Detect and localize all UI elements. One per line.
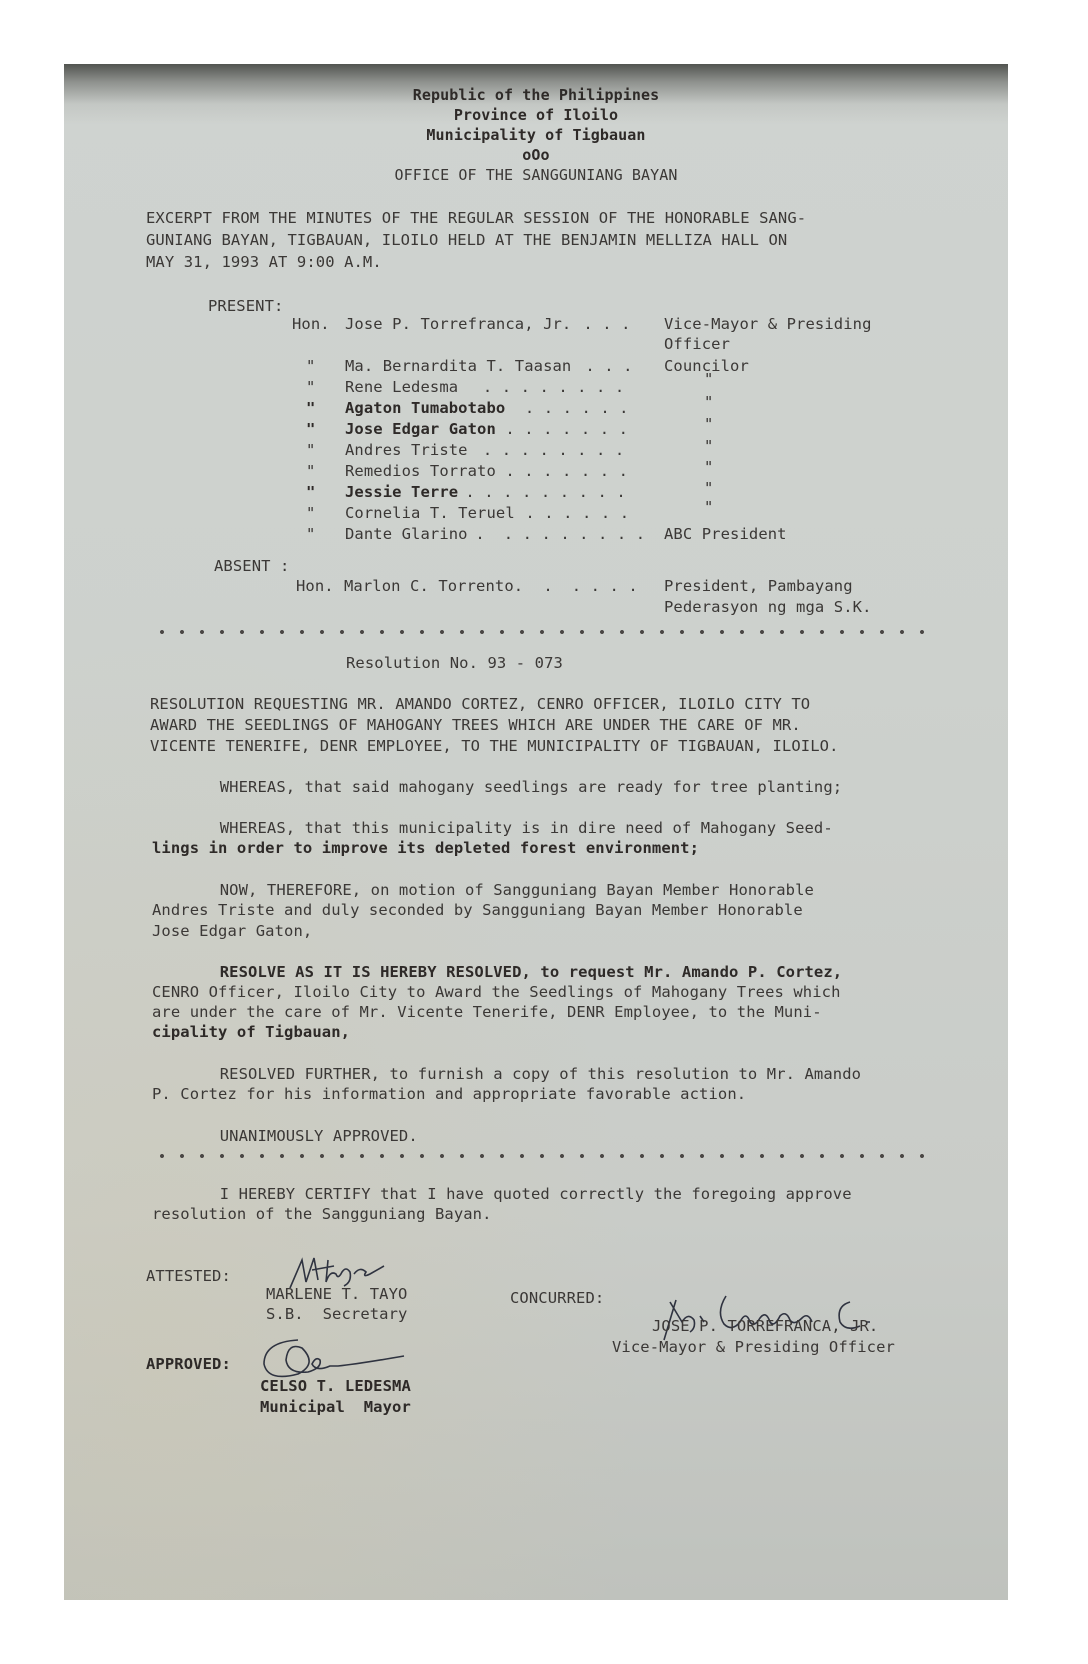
member-prefix: Hon. — [296, 576, 334, 597]
member-leader: . . . . . . . . . — [466, 524, 645, 545]
member-leader: . . . . . . . — [496, 419, 628, 440]
member-leader: . . . — [574, 314, 640, 335]
header-province: Province of Iloilo — [64, 106, 1008, 125]
member-leader: . . . . . . . — [496, 461, 628, 482]
certification-line: resolution of the Sangguniang Bayan. — [152, 1204, 492, 1225]
resolution-title-line: RESOLUTION REQUESTING MR. AMANDO CORTEZ,… — [150, 694, 810, 715]
member-leader: . . . . . — [534, 576, 638, 597]
resolution-number: Resolution No. 93 - 073 — [346, 653, 563, 674]
member-name: Rene Ledesma — [345, 377, 458, 398]
attested-label: ATTESTED: — [146, 1266, 231, 1287]
member-prefix: " — [306, 524, 315, 545]
member-leader: . . . . . . . . . — [456, 482, 626, 503]
concurred-title: Vice-Mayor & Presiding Officer — [612, 1337, 895, 1358]
member-prefix: " — [306, 461, 315, 482]
member-name: Remedios Torrato — [345, 461, 496, 482]
member-position: ABC President — [664, 524, 787, 545]
member-leader: . . . . . . . . — [464, 440, 624, 461]
resolution-title-line: AWARD THE SEEDLINGS OF MAHOGANY TREES WH… — [150, 715, 801, 736]
member-name: Jessie Terre — [345, 482, 458, 503]
member-prefix: " — [306, 482, 315, 503]
member-name: Marlon C. Torrento. — [344, 576, 523, 597]
member-name: Dante Glarino — [345, 524, 468, 545]
header-office: OFFICE OF THE SANGGUNIANG BAYAN — [64, 166, 1008, 185]
clause-line: WHEREAS, that this municipality is in di… — [182, 818, 833, 839]
member-name: Ma. Bernardita T. Taasan — [345, 356, 571, 377]
approved-title: Municipal Mayor — [260, 1397, 411, 1418]
attested-name: MARLENE T. TAYO — [266, 1284, 407, 1305]
intro-line: MAY 31, 1993 AT 9:00 A.M. — [146, 252, 382, 273]
member-position-cont: Officer — [664, 334, 730, 355]
member-position: " — [704, 497, 713, 518]
member-position: " — [704, 436, 713, 457]
clause-line: are under the care of Mr. Vicente Teneri… — [152, 1002, 822, 1023]
member-name: Jose P. Torrefranca, Jr. — [345, 314, 571, 335]
member-position: " — [704, 369, 713, 390]
attested-title: S.B. Secretary — [266, 1304, 407, 1325]
approval-statement: UNANIMOUSLY APPROVED. — [182, 1126, 418, 1147]
member-prefix: " — [306, 440, 315, 461]
present-label: PRESENT: — [208, 296, 283, 317]
clause-line: lings in order to improve its depleted f… — [152, 838, 699, 859]
member-position: Vice-Mayor & Presiding — [664, 314, 872, 335]
member-position: " — [704, 414, 713, 435]
whereas-clause-1: WHEREAS, that said mahogany seedlings ar… — [182, 777, 842, 798]
clause-line: NOW, THEREFORE, on motion of Sangguniang… — [182, 880, 814, 901]
member-prefix: " — [306, 398, 315, 419]
member-prefix: Hon. — [292, 314, 330, 335]
approved-label: APPROVED: — [146, 1354, 231, 1375]
intro-line: EXCERPT FROM THE MINUTES OF THE REGULAR … — [146, 208, 806, 229]
concurred-label: CONCURRED: — [510, 1288, 604, 1309]
member-prefix: " — [306, 356, 315, 377]
clause-line: Andres Triste and duly seconded by Sangg… — [152, 900, 803, 921]
header-municipality: Municipality of Tigbauan — [64, 126, 1008, 145]
member-leader: . . . . . . — [516, 503, 629, 524]
clause-line: P. Cortez for his information and approp… — [152, 1084, 746, 1105]
concurred-name: JOSE P. TORREFRANCA, JR. — [652, 1316, 878, 1337]
member-position: President, Pambayang — [664, 576, 853, 597]
certification-line: I HEREBY CERTIFY that I have quoted corr… — [182, 1184, 852, 1205]
clause-line: RESOLVED FURTHER, to furnish a copy of t… — [182, 1064, 861, 1085]
absent-label: ABSENT : — [214, 556, 289, 577]
member-leader: . . . . . . — [506, 398, 629, 419]
dotted-divider — [152, 1154, 928, 1158]
member-name: Andres Triste — [345, 440, 468, 461]
clause-line: Jose Edgar Gaton, — [152, 921, 312, 942]
dotted-divider — [152, 630, 928, 634]
member-name: Agaton Tumabotabo — [345, 398, 505, 419]
clause-line: CENRO Officer, Iloilo City to Award the … — [152, 982, 841, 1003]
scanned-document-page: Republic of the Philippines Province of … — [64, 64, 1008, 1600]
approved-name: CELSO T. LEDESMA — [260, 1376, 411, 1397]
member-position: " — [704, 457, 713, 478]
member-position-cont: Pederasyon ng mga S.K. — [664, 597, 872, 618]
clause-line: cipality of Tigbauan, — [152, 1022, 350, 1043]
header-republic: Republic of the Philippines — [64, 86, 1008, 105]
header-ornament: oOo — [64, 146, 1008, 165]
member-position: " — [704, 478, 713, 499]
member-position: " — [704, 392, 713, 413]
member-leader: . . . — [576, 356, 642, 377]
resolution-title-line: VICENTE TENERIFE, DENR EMPLOYEE, TO THE … — [150, 736, 839, 757]
intro-line: GUNIANG BAYAN, TIGBAUAN, ILOILO HELD AT … — [146, 230, 787, 251]
member-leader: . . . . . . . . — [464, 377, 624, 398]
member-prefix: " — [306, 503, 315, 524]
member-prefix: " — [306, 419, 315, 440]
member-name: Cornelia T. Teruel — [345, 503, 515, 524]
member-name: Jose Edgar Gaton — [345, 419, 496, 440]
clause-line: RESOLVE AS IT IS HEREBY RESOLVED, to req… — [182, 962, 842, 983]
member-prefix: " — [306, 377, 315, 398]
